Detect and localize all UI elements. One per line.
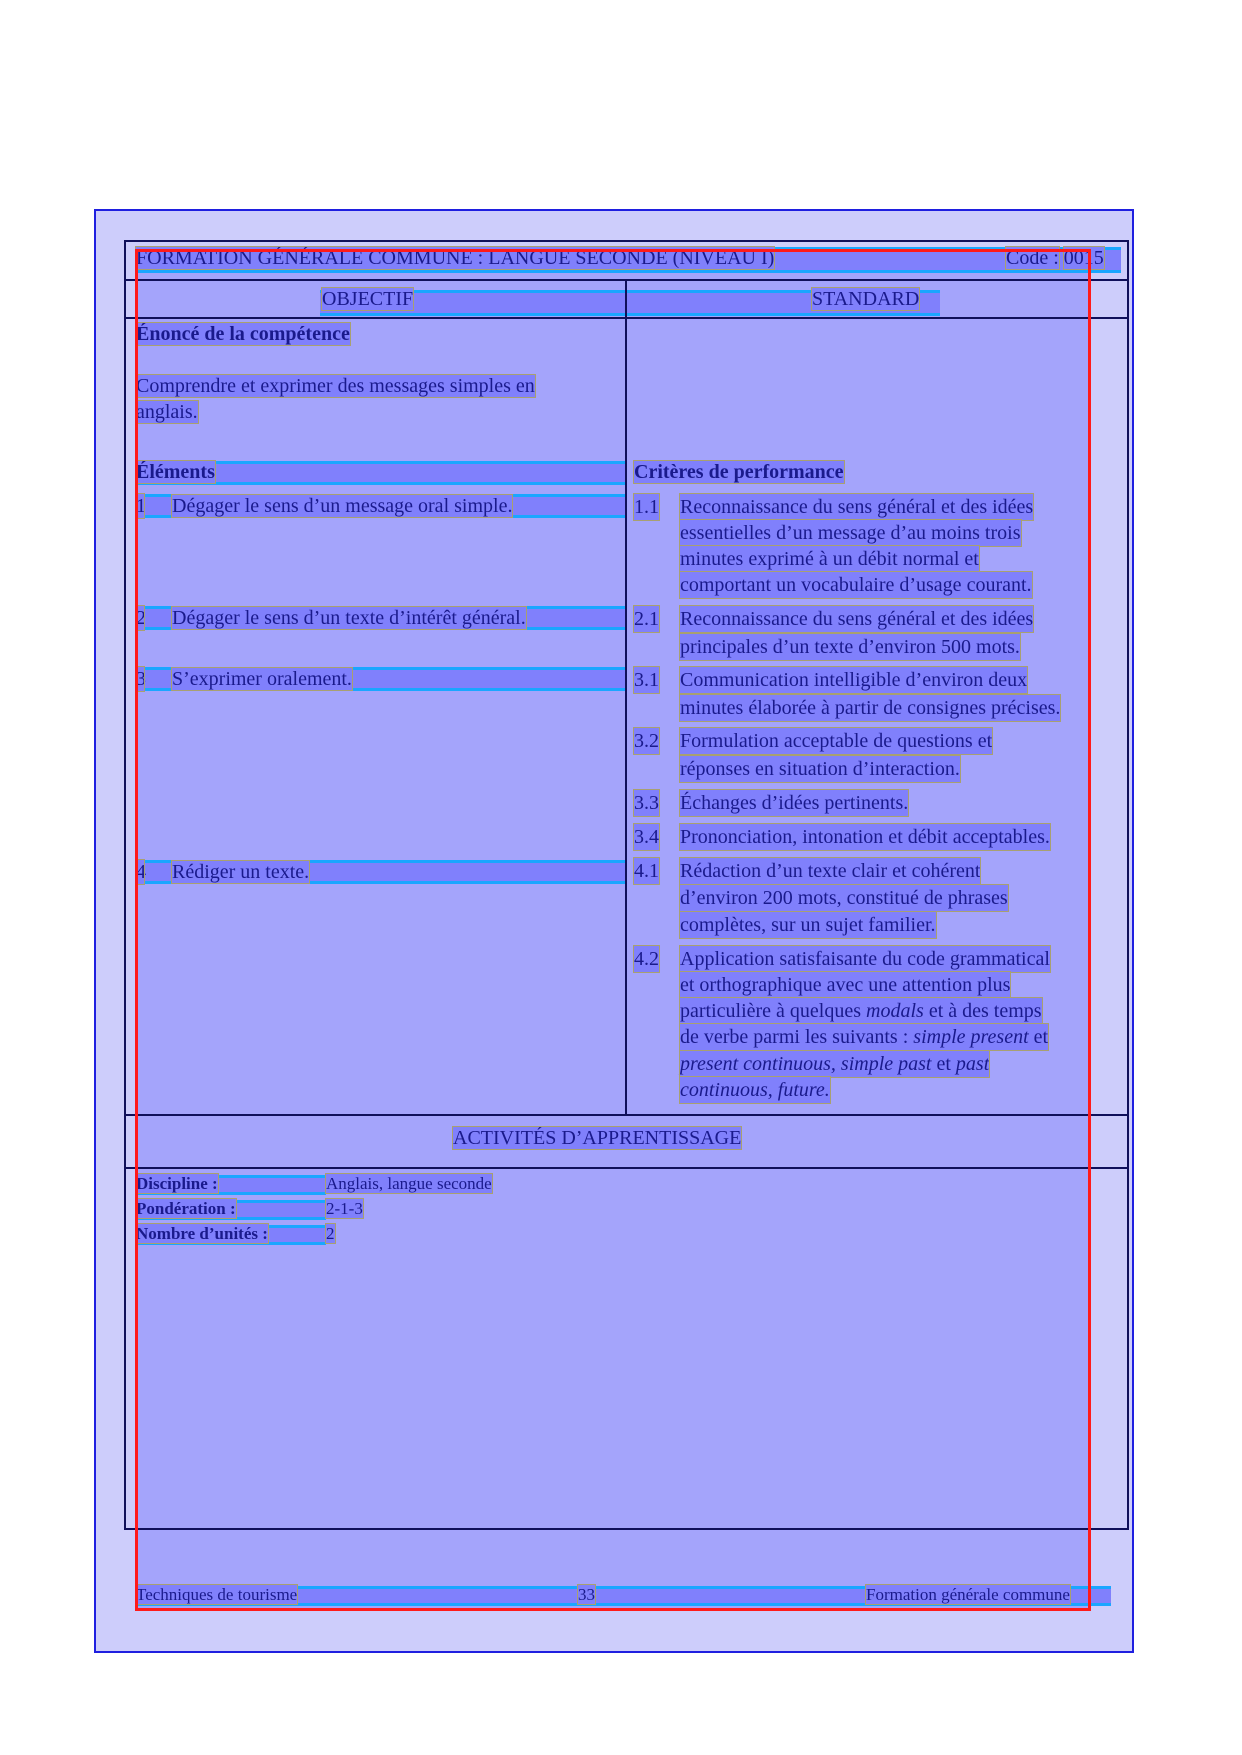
- divider-activities-bottom: [124, 1167, 1129, 1169]
- page-number: 33: [578, 1583, 595, 1607]
- discipline-value: Anglais, langue seconde: [326, 1172, 492, 1196]
- code: Code : 0015: [1006, 246, 1104, 270]
- document-title: FORMATION GÉNÉRALE COMMUNE : LANGUE SECO…: [136, 246, 774, 270]
- elements-heading: Éléments: [136, 460, 215, 484]
- divider-center: [625, 280, 627, 1115]
- units-value: 2: [326, 1222, 335, 1246]
- footer-left: Techniques de tourisme: [136, 1583, 297, 1607]
- element-item: 1Dégager le sens d’un message oral simpl…: [136, 494, 512, 518]
- column-objectif: OBJECTIF: [322, 287, 413, 311]
- ponderation-value: 2-1-3: [326, 1197, 363, 1221]
- element-item: 2Dégager le sens d’un texte d’intérêt gé…: [136, 606, 526, 630]
- element-item: 3S’exprimer oralement.: [136, 667, 352, 691]
- element-item: 4Rédiger un texte.: [136, 860, 309, 884]
- criteria-heading: Critères de performance: [634, 460, 844, 484]
- column-standard: STANDARD: [812, 287, 919, 311]
- activities-heading: ACTIVITÉS D’APPRENTISSAGE: [453, 1126, 741, 1150]
- ponderation-label: Pondération :: [136, 1197, 236, 1221]
- footer-right: Formation générale commune: [866, 1583, 1070, 1607]
- competence-heading: Énoncé de la compétence: [136, 322, 350, 346]
- units-label: Nombre d’unités :: [136, 1222, 268, 1246]
- competence-text-2: anglais.: [136, 400, 198, 424]
- discipline-label: Discipline :: [136, 1172, 218, 1196]
- divider-activities-top: [124, 1114, 1129, 1116]
- competence-text: Comprendre et exprimer des messages simp…: [136, 374, 535, 398]
